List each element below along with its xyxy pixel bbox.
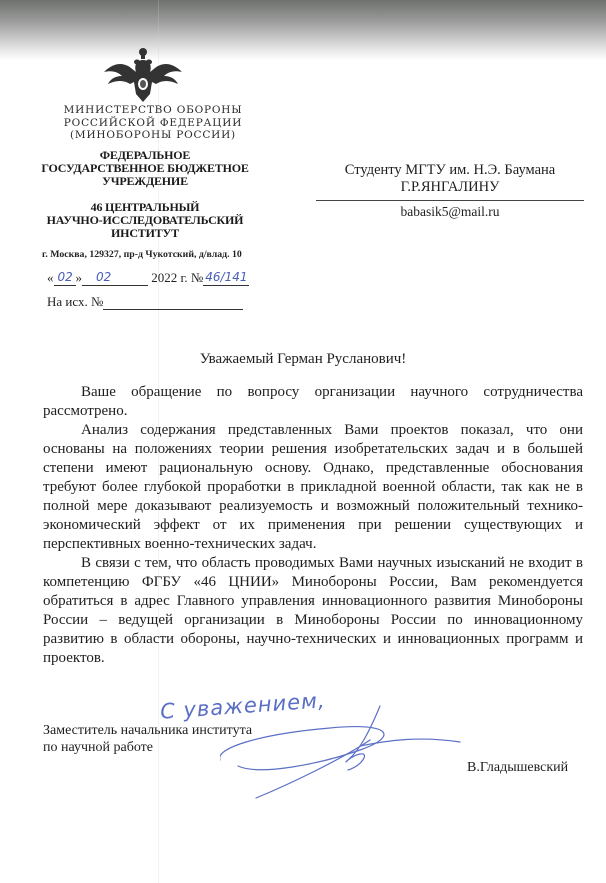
handwritten-month: 02 — [96, 270, 111, 284]
handwritten-signature-icon — [220, 700, 480, 800]
month-blank: 02 — [82, 271, 148, 286]
recipient-name: Г.Р.ЯНГАЛИНУ — [316, 179, 584, 196]
reference-line: На исх. № — [47, 294, 243, 310]
handwritten-number: 46/141 — [205, 270, 247, 284]
handwritten-day: 02 — [58, 270, 73, 284]
paragraph-1: Ваше обращение по вопросу организации на… — [43, 383, 583, 421]
institute-line-3: ИНСТИТУТ — [34, 227, 256, 240]
year-label: 2022 г. № — [151, 270, 203, 285]
salutation: Уважаемый Герман Русланович! — [0, 351, 606, 368]
organization-address: г. Москва, 129327, пр-д Чукотский, д/вла… — [42, 249, 282, 260]
day-blank: 02 — [54, 271, 76, 286]
letter-body: Ваше обращение по вопросу организации на… — [43, 383, 583, 668]
number-blank: 46/141 — [203, 271, 249, 286]
recipient-divider — [316, 200, 584, 201]
paragraph-2: Анализ содержания представленных Вами пр… — [43, 421, 583, 554]
recipient-line-1: Студенту МГТУ им. Н.Э. Баумана — [316, 162, 584, 179]
ministry-line-1: МИНИСТЕРСТВО ОБОРОНЫ — [40, 104, 266, 117]
org-type-line-3: УЧРЕЖДЕНИЕ — [34, 175, 256, 188]
signer-name: В.Гладышевский — [467, 760, 568, 776]
recipient-block: Студенту МГТУ им. Н.Э. Баумана Г.Р.ЯНГАЛ… — [316, 162, 584, 220]
ministry-line-2: РОССИЙСКОЙ ФЕДЕРАЦИИ — [40, 117, 266, 130]
recipient-email: babasik5@mail.ru — [316, 203, 584, 220]
outgoing-date-number: «02»02 2022 г. №46/141 — [47, 270, 249, 286]
ministry-line-3: (МИНОБОРОНЫ РОССИИ) — [40, 129, 266, 142]
double-headed-eagle-emblem-icon — [98, 46, 188, 106]
reference-blank — [103, 295, 243, 310]
scan-top-shadow — [0, 0, 606, 60]
ministry-name: МИНИСТЕРСТВО ОБОРОНЫ РОССИЙСКОЙ ФЕДЕРАЦИ… — [40, 104, 266, 142]
organization-name: ФЕДЕРАЛЬНОЕ ГОСУДАРСТВЕННОЕ БЮДЖЕТНОЕ УЧ… — [34, 149, 256, 240]
paragraph-3: В связи с тем, что область проводимых Ва… — [43, 554, 583, 668]
